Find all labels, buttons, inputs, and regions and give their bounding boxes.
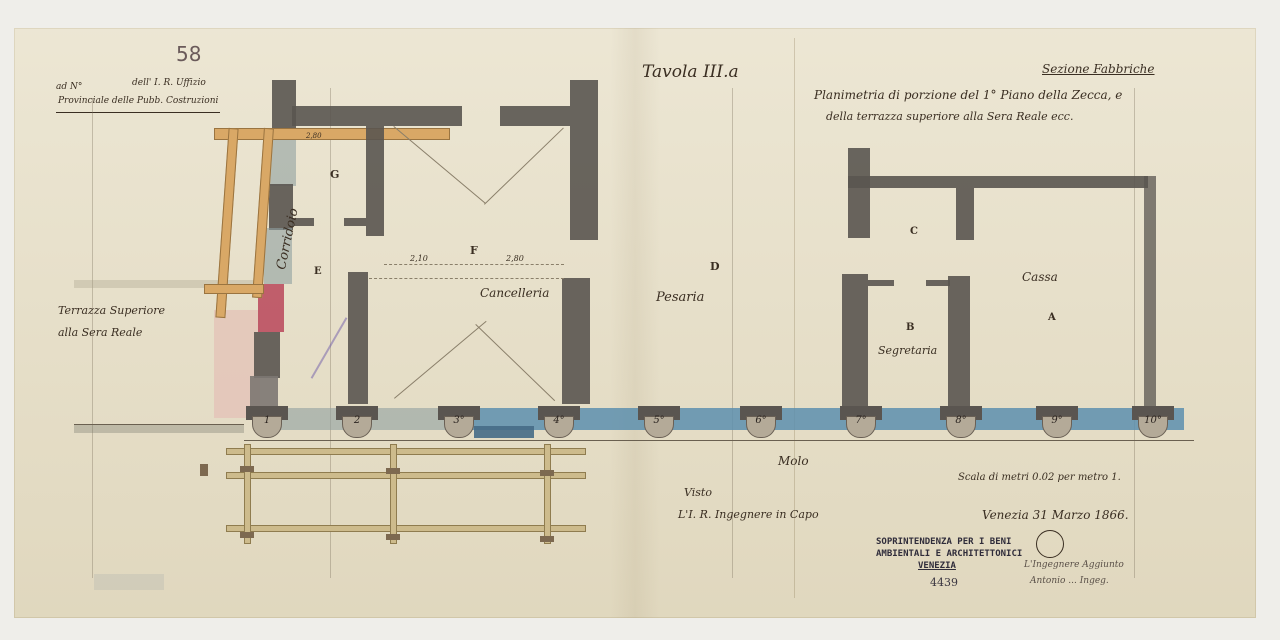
room-letter-a: A [1048,312,1056,323]
dimension-line [384,264,564,265]
column-4: 4° [538,406,580,438]
scaffold-block [386,534,400,540]
room-name-b: Segretaria [878,344,937,357]
column-5: 5° [638,406,680,438]
wall-outer-left [254,332,280,378]
pencil-annotation [311,317,400,409]
scaffold-rail [226,472,586,479]
wall-interior-stub [344,218,366,226]
section-label: Sezione Fabbriche [1042,62,1155,76]
wall-top [292,106,462,126]
room-letter-f: F [470,244,478,257]
timber-beam-short [204,284,264,294]
dimension-line [369,278,564,279]
dimension-label: 2,10 [410,254,428,263]
scaffold-rail [226,448,586,455]
construction-line [330,88,331,578]
wall-room-b-divider [948,276,970,406]
wall-right-block-left [848,148,870,238]
dimension-label: 2,80 [306,132,322,140]
scale-note: Scala di metri 0.02 per metro 1. [958,472,1121,483]
visto-line1: Visto [684,486,712,499]
room-letter-c: C [910,226,918,237]
wall-right-block-right [1144,176,1156,412]
quay-edge [74,424,244,433]
scaffold-block [540,470,554,476]
corner-note-line2: Provinciale delle Pubb. Costruzioni [58,96,218,106]
scaffold-post [390,444,397,544]
wall-outer-left [250,376,278,406]
room-letter-b: B [906,322,914,333]
faded-stamp [94,574,164,590]
column-6: 6° [740,406,782,438]
scaffold-post [544,444,551,544]
scaffold-block [386,468,400,474]
wall-stub [868,280,894,286]
ink-seal-icon [1036,530,1064,558]
room-name-a: Cassa [1022,270,1058,284]
plate-title: Tavola III.a [642,62,739,82]
room-name-f: Cancelleria [480,286,549,300]
scaffold-block [240,532,254,538]
vault-diagonal [475,324,555,401]
corner-note-underline [56,112,220,113]
wall-interior [562,278,590,404]
column-7: 7° [840,406,882,438]
corner-note-line1: dell' I. R. Uffizio [132,78,206,88]
archive-number: 58 [176,42,201,66]
room-name-d: Pesaria [656,290,704,305]
column-8: 8° [940,406,982,438]
molo-label: Molo [778,454,809,468]
scaffold-block [200,464,208,476]
room-letter-g: G [330,168,339,181]
wall-interior [366,126,384,236]
drawing-sheet: 58 ad N° dell' I. R. Uffizio Provinciale… [14,28,1256,618]
column-9: 9° [1036,406,1078,438]
signature-line1: L'Ingegnere Aggiunto [1024,560,1124,570]
corner-note-prefix: ad N° [56,82,82,92]
scaffold-post [244,444,251,544]
column-3: 3° [438,406,480,438]
scaffold-rail [226,525,586,532]
timber-beam-horizontal [214,128,450,140]
stamp-number: 4439 [930,576,958,589]
wall-top [500,106,570,126]
scaffold-block [540,536,554,542]
wall-right-block-left [842,274,868,410]
column-1: 1 [246,406,288,438]
dimension-label: 2,80 [506,254,524,263]
title-line1: Planimetria di porzione del 1° Piano del… [814,88,1122,102]
colonnade-baseline [244,440,1194,441]
wall-top-right [570,80,598,240]
vault-diagonal [394,321,487,399]
construction-line [1134,88,1135,578]
wash-blue-dark [474,426,534,438]
terrace-label-line1: Terrazza Superiore [58,304,165,317]
terrace-label-line2: alla Sera Reale [58,326,142,339]
wall-stub [926,280,950,286]
room-letter-e: E [314,266,322,277]
place-date: Venezia 31 Marzo 1866. [982,508,1129,522]
soprintendenza-stamp: SOPRINTENDENZA PER I BENI AMBIENTALI E A… [876,536,1022,572]
column-10: 10° [1132,406,1174,438]
construction-line [732,88,733,578]
wall-room-c-divider [956,188,974,240]
column-2: 2 [336,406,378,438]
wall-right-block-top [848,176,1148,188]
scaffold-block [240,466,254,472]
vault-diagonal [484,128,564,205]
room-letter-d: D [710,260,720,273]
title-line2: della terrazza superiore alla Sera Reale… [826,110,1073,123]
visto-line2: L'I. R. Ingegnere in Capo [678,508,819,521]
signature-line2: Antonio ... Ingeg. [1030,576,1109,586]
